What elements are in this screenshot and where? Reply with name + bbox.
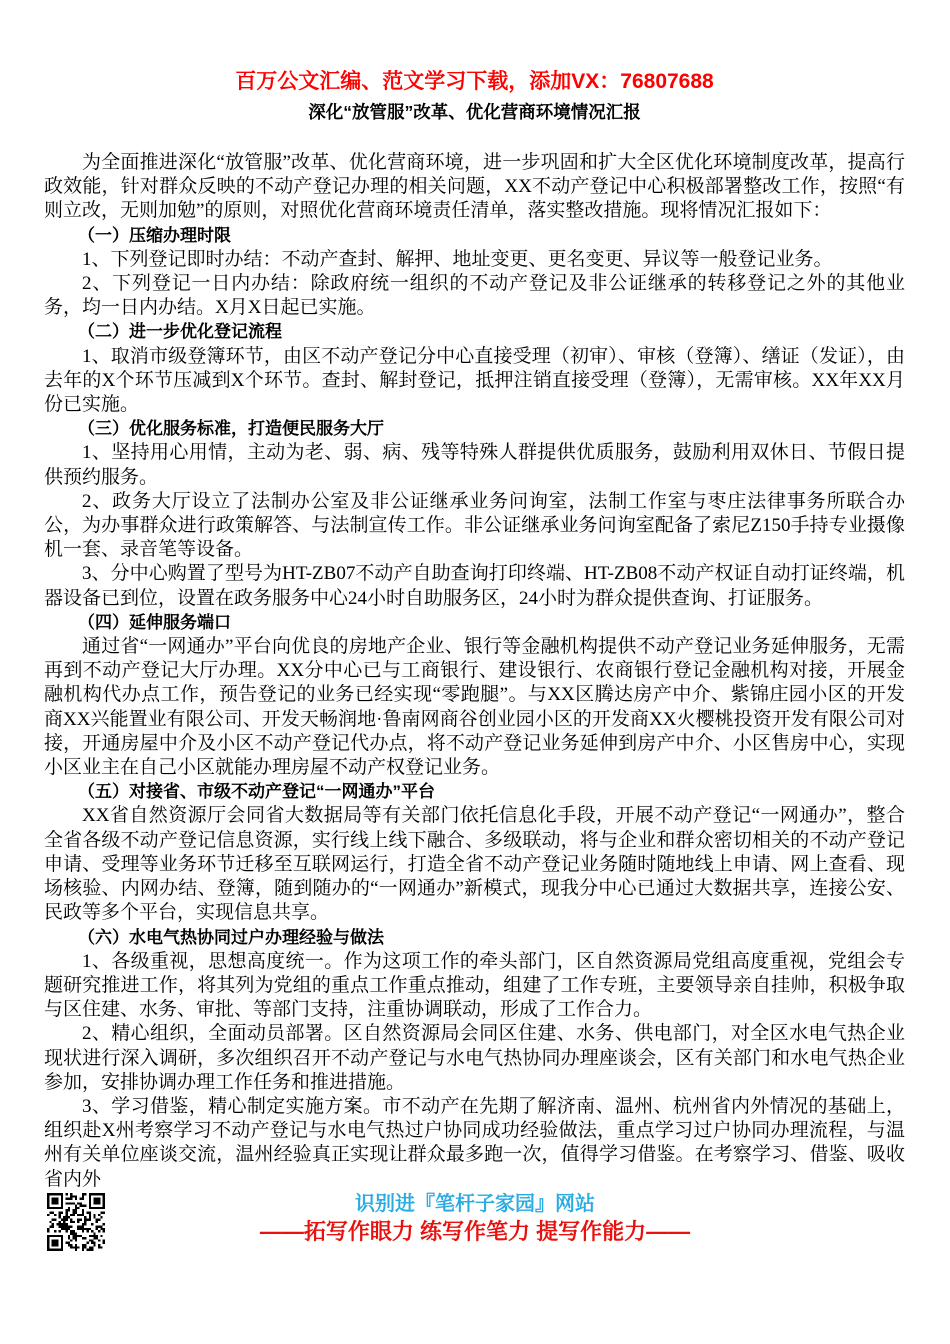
body-paragraph: 1、下列登记即时办结：不动产查封、解押、地址变更、更名变更、异议等一般登记业务。 bbox=[44, 248, 905, 272]
body-paragraph: 1、各级重视，思想高度统一。作为这项工作的牵头部门，区自然资源局党组高度重视，党… bbox=[44, 950, 905, 1023]
section-heading: （三）优化服务标准，打造便民服务大厅 bbox=[44, 417, 905, 441]
body-paragraph: 3、分中心购置了型号为HT-ZB07不动产自助查询打印终端、HT-ZB08不动产… bbox=[44, 562, 905, 610]
footer-site-text: 识别进『笔杆子家园』网站 bbox=[0, 1191, 950, 1218]
qr-code-image bbox=[45, 1193, 107, 1251]
body-paragraph: XX省自然资源厅会同省大数据局等有关部门依托信息化手段，开展不动产登记“一网通办… bbox=[44, 804, 905, 925]
footer-slogan-text: ——拓写作眼力 练写作笔力 提写作能力—— bbox=[0, 1218, 950, 1246]
document-title: 深化“放管服”改革、优化营商环境情况汇报 bbox=[44, 101, 905, 123]
section-heading: （二）进一步优化登记流程 bbox=[44, 320, 905, 344]
body-paragraph: 通过省“一网通办”平台向优良的房地产企业、银行等金融机构提供不动产登记业务延伸服… bbox=[44, 635, 905, 780]
body-paragraph: 2、下列登记一日内办结：除政府统一组织的不动产登记及非公证继承的转移登记之外的其… bbox=[44, 272, 905, 320]
section-heading: （五）对接省、市级不动产登记“一网通办”平台 bbox=[44, 780, 905, 804]
body-paragraph: 为全面推进深化“放管服”改革、优化营商环境，进一步巩固和扩大全区优化环境制度改革… bbox=[44, 151, 905, 224]
body-paragraph: 1、坚持用心用情，主动为老、弱、病、残等特殊人群提供优质服务，鼓励利用双休日、节… bbox=[44, 441, 905, 489]
document-body: 为全面推进深化“放管服”改革、优化营商环境，进一步巩固和扩大全区优化环境制度改革… bbox=[44, 151, 905, 1192]
promo-banner: 百万公文汇编、范文学习下载，添加VX：76807688 bbox=[44, 70, 905, 94]
section-heading: （四）延伸服务端口 bbox=[44, 611, 905, 635]
body-paragraph: 1、取消市级登簿环节，由区不动产登记分中心直接受理（初审）、审核（登簿）、缮证（… bbox=[44, 345, 905, 418]
section-heading: （六）水电气热协同过户办理经验与做法 bbox=[44, 926, 905, 950]
body-paragraph: 3、学习借鉴，精心制定实施方案。市不动产在先期了解济南、温州、杭州省内外情况的基… bbox=[44, 1095, 905, 1192]
body-paragraph: 2、政务大厅设立了法制办公室及非公证继承业务问询室，法制工作室与枣庄法律事务所联… bbox=[44, 490, 905, 563]
document-page: 百万公文汇编、范文学习下载，添加VX：76807688 深化“放管服”改革、优化… bbox=[0, 0, 950, 1344]
section-heading: （一）压缩办理时限 bbox=[44, 224, 905, 248]
document-footer: 识别进『笔杆子家园』网站 ——拓写作眼力 练写作笔力 提写作能力—— bbox=[0, 1191, 950, 1261]
body-paragraph: 2、精心组织，全面动员部署。区自然资源局会同区住建、水务、供电部门，对全区水电气… bbox=[44, 1022, 905, 1095]
